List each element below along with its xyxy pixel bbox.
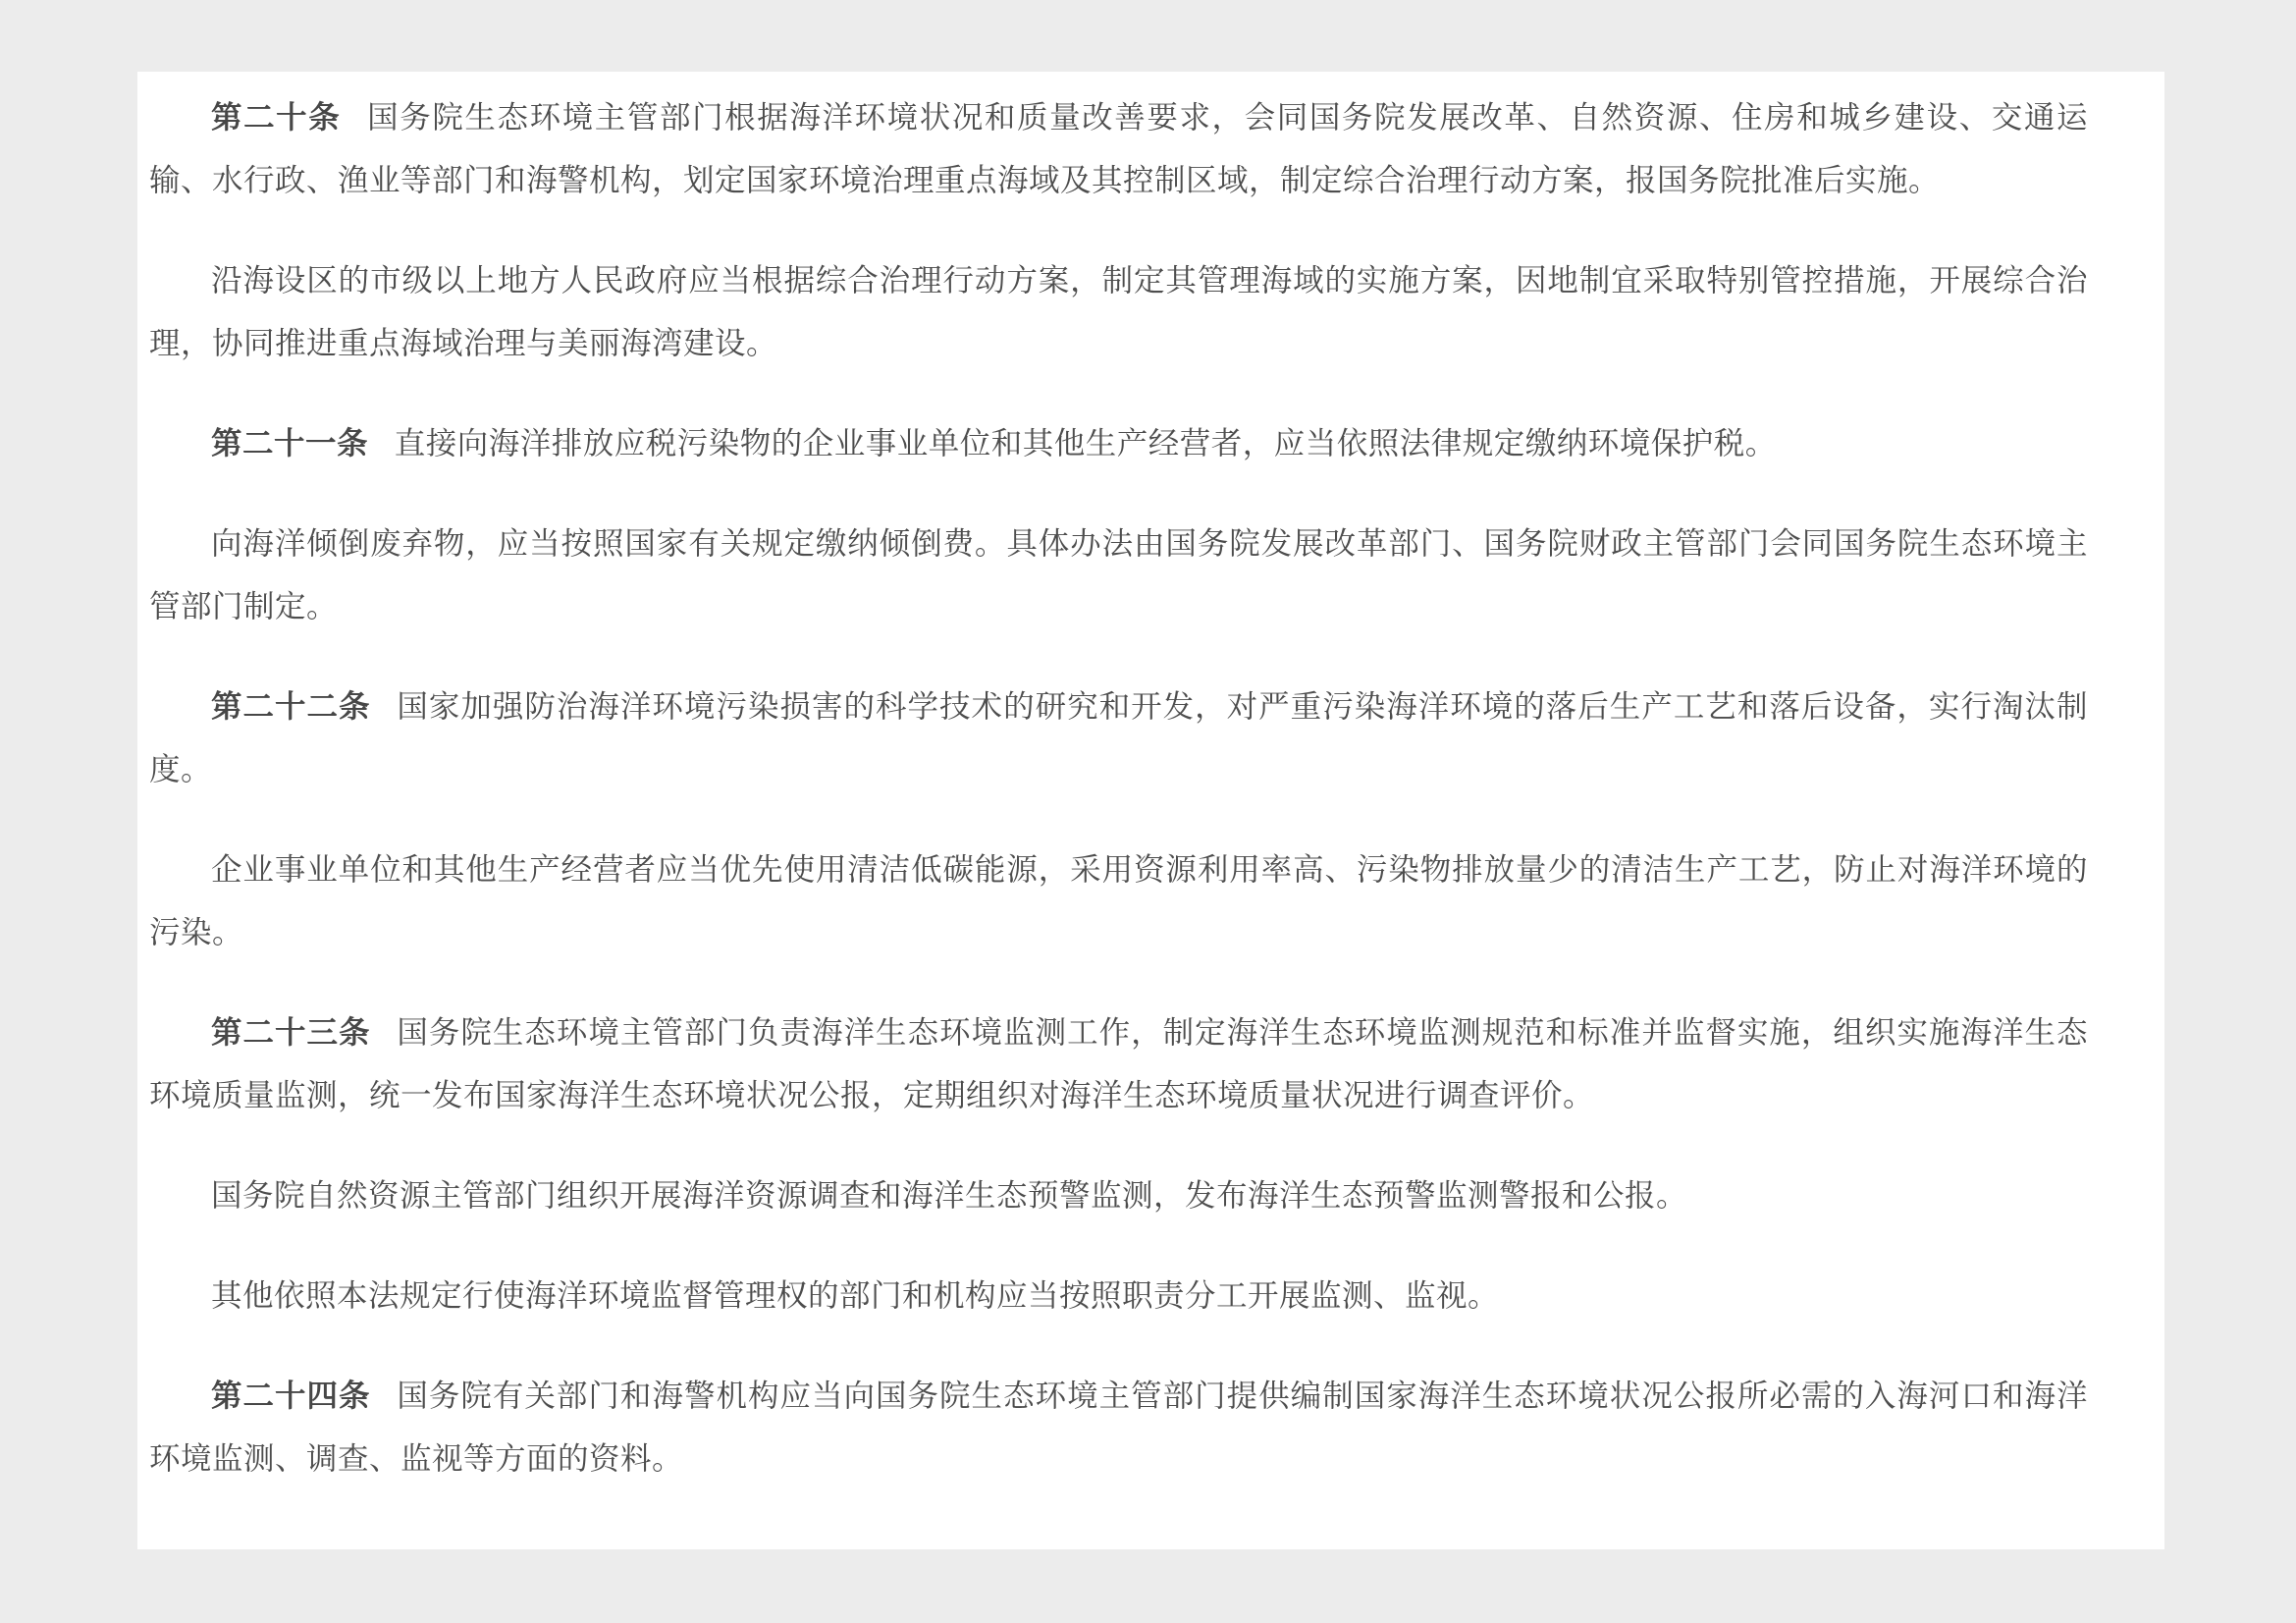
document-card: 第二十条国务院生态环境主管部门根据海洋环境状况和质量改善要求，会同国务院发展改革… [137, 72, 2164, 1549]
law-paragraph: 第二十三条国务院生态环境主管部门负责海洋生态环境监测工作，制定海洋生态环境监测规… [149, 1001, 2088, 1126]
paragraph-text: 沿海设区的市级以上地方人民政府应当根据综合治理行动方案，制定其管理海域的实施方案… [149, 262, 2088, 360]
law-paragraph: 第二十四条国务院有关部门和海警机构应当向国务院生态环境主管部门提供编制国家海洋生… [149, 1364, 2088, 1489]
paragraph-text: 国务院生态环境主管部门负责海洋生态环境监测工作，制定海洋生态环境监测规范和标准并… [149, 1014, 2088, 1112]
paragraph-text: 国务院自然资源主管部门组织开展海洋资源调查和海洋生态预警监测，发布海洋生态预警监… [211, 1177, 1687, 1213]
page-surface: 第二十条国务院生态环境主管部门根据海洋环境状况和质量改善要求，会同国务院发展改革… [0, 0, 2296, 1623]
law-paragraph: 第二十条国务院生态环境主管部门根据海洋环境状况和质量改善要求，会同国务院发展改革… [149, 85, 2088, 211]
article-number-label: 第二十四条 [211, 1378, 371, 1413]
paragraph-text: 向海洋倾倒废弃物，应当按照国家有关规定缴纳倾倒费。具体办法由国务院发展改革部门、… [149, 525, 2088, 623]
law-paragraph: 企业事业单位和其他生产经营者应当优先使用清洁低碳能源，采用资源利用率高、污染物排… [149, 838, 2088, 963]
law-paragraph: 第二十二条国家加强防治海洋环境污染损害的科学技术的研究和开发，对严重污染海洋环境… [149, 675, 2088, 800]
paragraph-text: 国家加强防治海洋环境污染损害的科学技术的研究和开发，对严重污染海洋环境的落后生产… [149, 688, 2088, 786]
law-paragraph: 沿海设区的市级以上地方人民政府应当根据综合治理行动方案，制定其管理海域的实施方案… [149, 248, 2088, 374]
paragraph-text: 国务院生态环境主管部门根据海洋环境状况和质量改善要求，会同国务院发展改革、自然资… [149, 99, 2088, 197]
law-paragraph: 向海洋倾倒废弃物，应当按照国家有关规定缴纳倾倒费。具体办法由国务院发展改革部门、… [149, 512, 2088, 637]
article-number-label: 第二十三条 [211, 1014, 371, 1050]
article-number-label: 第二十条 [211, 99, 341, 135]
paragraph-text: 国务院有关部门和海警机构应当向国务院生态环境主管部门提供编制国家海洋生态环境状况… [149, 1378, 2088, 1476]
law-paragraph: 第二十一条直接向海洋排放应税污染物的企业事业单位和其他生产经营者，应当依照法律规… [149, 411, 2088, 474]
document-body: 第二十条国务院生态环境主管部门根据海洋环境状况和质量改善要求，会同国务院发展改革… [149, 85, 2088, 1489]
paragraph-text: 其他依照本法规定行使海洋环境监督管理权的部门和机构应当按照职责分工开展监测、监视… [211, 1277, 1499, 1313]
law-paragraph: 其他依照本法规定行使海洋环境监督管理权的部门和机构应当按照职责分工开展监测、监视… [149, 1264, 2088, 1326]
paragraph-text: 直接向海洋排放应税污染物的企业事业单位和其他生产经营者，应当依照法律规定缴纳环境… [395, 425, 1777, 460]
law-paragraph: 国务院自然资源主管部门组织开展海洋资源调查和海洋生态预警监测，发布海洋生态预警监… [149, 1163, 2088, 1226]
paragraph-text: 企业事业单位和其他生产经营者应当优先使用清洁低碳能源，采用资源利用率高、污染物排… [149, 851, 2088, 949]
article-number-label: 第二十一条 [211, 425, 368, 460]
article-number-label: 第二十二条 [211, 688, 371, 724]
